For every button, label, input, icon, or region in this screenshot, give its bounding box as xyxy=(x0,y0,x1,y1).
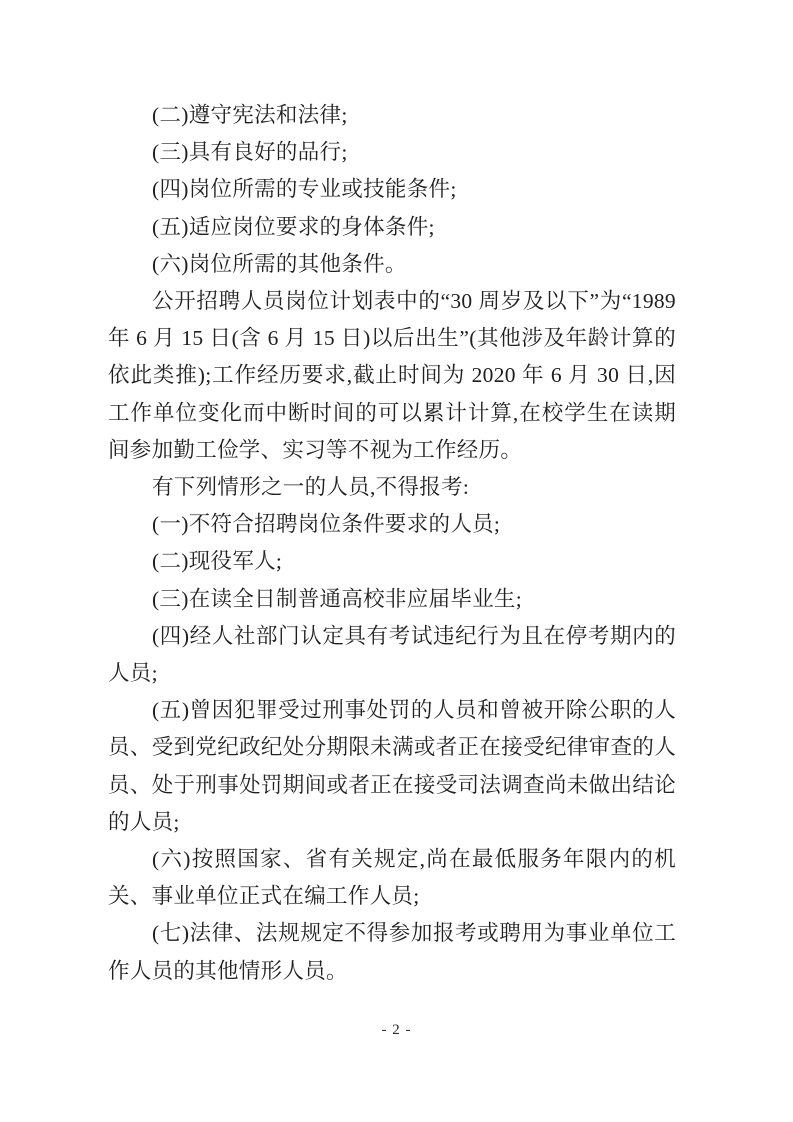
paragraph: (四)经人社部门认定具有考试违纪行为且在停考期内的人员; xyxy=(108,618,676,692)
paragraph: (二)现役军人; xyxy=(108,543,676,580)
paragraph: (三)具有良好的品行; xyxy=(108,134,676,171)
document-body: (二)遵守宪法和法律; (三)具有良好的品行; (四)岗位所需的专业或技能条件;… xyxy=(108,97,676,990)
document-page: (二)遵守宪法和法律; (三)具有良好的品行; (四)岗位所需的专业或技能条件;… xyxy=(0,0,793,1122)
paragraph: (一)不符合招聘岗位条件要求的人员; xyxy=(108,506,676,543)
paragraph: (三)在读全日制普通高校非应届毕业生; xyxy=(108,581,676,618)
paragraph: 有下列情形之一的人员,不得报考: xyxy=(108,469,676,506)
paragraph: (五)曾因犯罪受过刑事处罚的人员和曾被开除公职的人员、受到党纪政纪处分期限未满或… xyxy=(108,692,676,841)
paragraph: (六)岗位所需的其他条件。 xyxy=(108,246,676,283)
paragraph: (五)适应岗位要求的身体条件; xyxy=(108,209,676,246)
paragraph: (二)遵守宪法和法律; xyxy=(108,97,676,134)
page-number: - 2 - xyxy=(0,1020,793,1040)
paragraph: 公开招聘人员岗位计划表中的“30 周岁及以下”为“1989 年 6 月 15 日… xyxy=(108,283,676,469)
paragraph: (四)岗位所需的专业或技能条件; xyxy=(108,171,676,208)
paragraph: (七)法律、法规规定不得参加报考或聘用为事业单位工作人员的其他情形人员。 xyxy=(108,915,676,989)
paragraph: (六)按照国家、省有关规定,尚在最低服务年限内的机关、事业单位正式在编工作人员; xyxy=(108,841,676,915)
